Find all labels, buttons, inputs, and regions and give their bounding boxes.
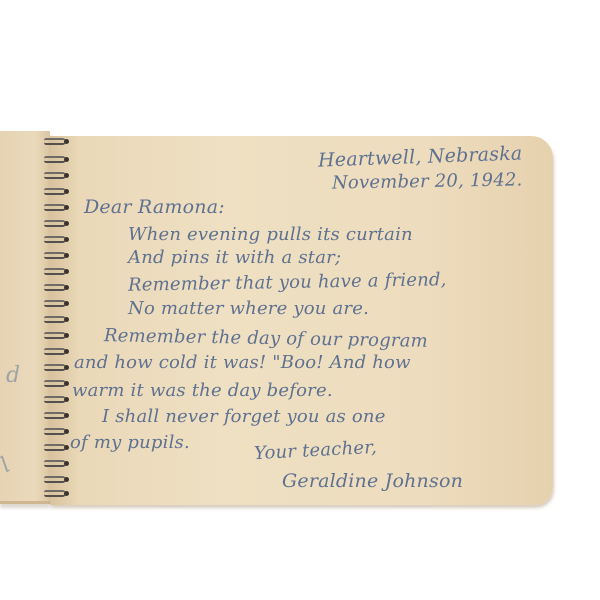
left-page-fragment: d	[6, 363, 20, 388]
poem-line: And pins it with a star;	[128, 247, 341, 268]
body-line: and how cold it was! "Boo! And how	[74, 352, 411, 373]
letter-date: November 20, 1942.	[332, 169, 523, 193]
letter-greeting: Dear Ramona:	[84, 196, 225, 218]
poem-line: No matter where you are.	[128, 298, 369, 319]
letter-signature: Geraldine Johnson	[282, 470, 463, 492]
left-page-fragment: l	[0, 453, 15, 478]
poem-line: When evening pulls its curtain	[128, 224, 413, 245]
body-line: of my pupils.	[70, 432, 190, 453]
body-line: warm it was the day before.	[72, 380, 333, 401]
spiral-binding	[40, 136, 70, 500]
body-line: I shall never forget you as one	[102, 406, 386, 427]
